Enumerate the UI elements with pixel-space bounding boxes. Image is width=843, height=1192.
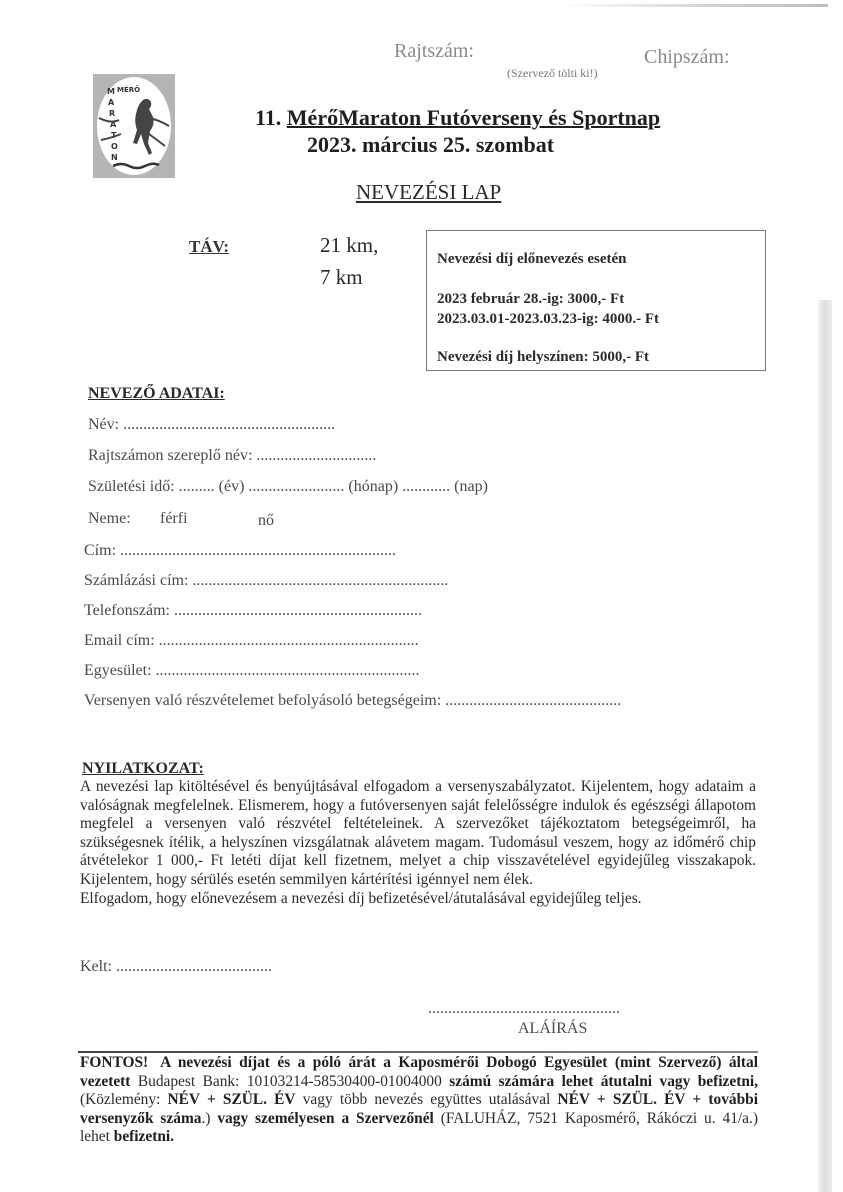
- email-field[interactable]: Email cím: .............................…: [84, 632, 419, 650]
- svg-text:O: O: [111, 142, 118, 151]
- fee-heading: Nevezési díj előnevezés esetén: [437, 251, 627, 268]
- birth-date-field[interactable]: Születési idő: ......... (év) ..........…: [88, 478, 488, 496]
- svg-text:R: R: [109, 109, 115, 118]
- signature-label: ALÁÍRÁS: [518, 1020, 587, 1038]
- date-field[interactable]: Kelt: ..................................…: [80, 958, 272, 976]
- gender-label: Neme:: [88, 510, 131, 528]
- rajtszam-label: Rajtszám:: [394, 40, 474, 63]
- name-field[interactable]: Név: ...................................…: [88, 416, 335, 434]
- organizer-note: (Szervező tölti ki!): [507, 66, 598, 81]
- runner-logo-icon: MÉRŐ M A R A T O N: [93, 74, 175, 178]
- phone-field[interactable]: Telefonszám: ...........................…: [84, 602, 422, 620]
- gender-option-male[interactable]: férfi: [160, 510, 188, 528]
- declaration-paragraph-1: A nevezési lap kitöltésével és benyújtás…: [80, 778, 756, 890]
- bank-account: Budapest Bank: 10103214-58530400-0100400…: [130, 1073, 449, 1090]
- chipszam-label: Chipszám:: [644, 46, 730, 69]
- address-field[interactable]: Cím: ...................................…: [84, 542, 396, 560]
- illnesses-field[interactable]: Versenyen való részvételemet befolyásoló…: [84, 692, 621, 710]
- event-title: 11. MérőMaraton Futóverseny és Sportnap: [255, 105, 660, 131]
- declaration-heading: NYILATKOZAT:: [82, 760, 204, 778]
- section-divider: [78, 1051, 758, 1053]
- important-label: FONTOS!: [80, 1054, 148, 1071]
- bib-name-field[interactable]: Rajtszámon szereplő név: ...............…: [88, 447, 376, 465]
- important-s4: (Közlemény:: [80, 1091, 168, 1108]
- declaration-text: A nevezési lap kitöltésével és benyújtás…: [80, 778, 756, 908]
- important-s8: .): [201, 1110, 217, 1127]
- fee-early: 2023 február 28.-ig: 3000,- Ft: [437, 291, 624, 308]
- important-s3: számú számára lehet átutalni vagy befize…: [449, 1073, 758, 1090]
- important-s5: NÉV + SZÜL. ÉV: [168, 1091, 296, 1108]
- svg-text:M: M: [107, 87, 115, 96]
- svg-text:MÉRŐ: MÉRŐ: [117, 85, 140, 94]
- scan-edge-top: [560, 4, 828, 7]
- fee-onsite: Nevezési díj helyszínen: 5000,- Ft: [437, 349, 649, 366]
- important-s11: befizetni.: [114, 1128, 174, 1145]
- distance-option-7km[interactable]: 7 km: [320, 265, 363, 290]
- svg-text:N: N: [111, 153, 118, 162]
- distance-option-21km[interactable]: 21 km,: [320, 233, 378, 258]
- event-number: 11.: [255, 105, 287, 130]
- club-field[interactable]: Egyesület: .............................…: [84, 662, 420, 680]
- gender-option-female[interactable]: nő: [258, 512, 274, 530]
- important-note: FONTOS!A nevezési díjat és a póló árát a…: [80, 1054, 758, 1147]
- entrant-heading: NEVEZŐ ADATAI:: [88, 385, 225, 403]
- declaration-paragraph-2: Elfogadom, hogy előnevezésem a nevezési …: [80, 890, 756, 909]
- important-s6: vagy több nevezés együttes utalásával: [296, 1091, 558, 1108]
- svg-text:A: A: [108, 98, 115, 107]
- event-date: 2023. március 25. szombat: [307, 132, 554, 158]
- fee-mid: 2023.03.01-2023.03.23-ig: 4000.- Ft: [437, 311, 659, 328]
- event-name: MérőMaraton Futóverseny és Sportnap: [287, 105, 660, 130]
- form-title: NEVEZÉSI LAP: [356, 180, 501, 205]
- distance-label: TÁV:: [189, 237, 229, 257]
- signature-line[interactable]: ........................................…: [428, 1000, 620, 1018]
- billing-address-field[interactable]: Számlázási cím: ........................…: [84, 572, 448, 590]
- important-s9: vagy személyesen a Szervezőnél: [217, 1110, 433, 1127]
- scan-edge-right: [818, 300, 832, 1192]
- event-logo: MÉRŐ M A R A T O N: [93, 74, 175, 178]
- fee-box: Nevezési díj előnevezés esetén 2023 febr…: [426, 230, 766, 371]
